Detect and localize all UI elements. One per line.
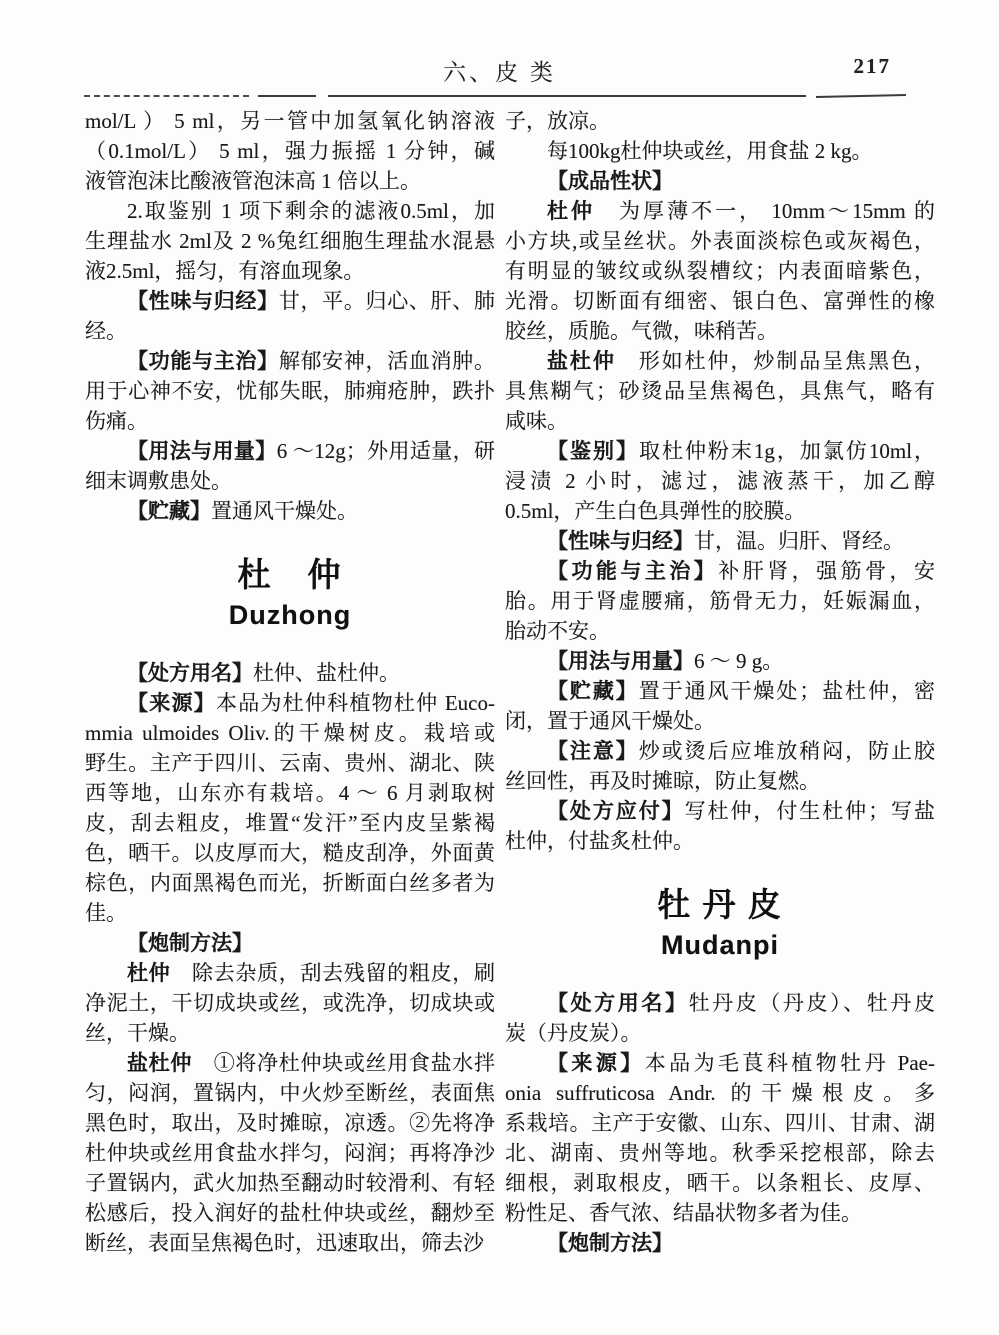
line-text: 炭（丹皮炭）。 — [505, 1021, 642, 1045]
paragraph: 【处方用名】杜仲、盐杜仲。 — [85, 658, 495, 688]
entry-name-pinyin: Duzhong — [85, 598, 495, 632]
line-text: 甘，温。归肝、肾经。 — [694, 529, 904, 553]
field-label: 盐杜仲 — [127, 1051, 192, 1075]
line-text: 子置锅内，武火加热至翻动时较滑利、有轻 — [85, 1171, 495, 1195]
paragraph: 【处方应付】写杜仲，付生杜仲；写盐杜仲，付盐炙杜仲。 — [505, 796, 935, 856]
field-label: 盐杜仲 — [547, 349, 616, 373]
text-line: mol/L ） 5 ml，另一管中加氢氧化钠溶液 — [85, 106, 495, 136]
line-text: 形如杜仲，炒制品呈焦黑色， — [616, 349, 935, 373]
text-line: 丝回性，再及时摊晾，防止复燃。 — [505, 766, 935, 796]
paragraph: 【用法与用量】6 ～12g；外用适量，研细末调敷患处。 — [85, 436, 495, 496]
paragraph: 【来源】本品为毛茛科植物牡丹 Pae-onia suffruticosa And… — [505, 1048, 935, 1228]
book-page: 六、皮 类 217 mol/L ） 5 ml，另一管中加氢氧化钠溶液（0.1mo… — [0, 0, 999, 1335]
text-line: 【处方应付】写杜仲，付生杜仲；写盐 — [505, 796, 935, 826]
rule-short-segment — [258, 95, 316, 97]
paragraph: 2.取鉴别 1 项下剩余的滤液0.5ml，加生理盐水 2ml及 2 %兔红细胞生… — [85, 196, 495, 286]
text-line: 【功能与主治】解郁安神，活血消肿。 — [85, 346, 495, 376]
line-text: 本品为毛茛科植物牡丹 Pae- — [645, 1051, 935, 1075]
line-text: 北、湖南、贵州等地。秋季采挖根部，除去 — [505, 1141, 935, 1165]
text-line: 杜仲 为厚薄不一， 10mm～15mm 的 — [505, 196, 935, 226]
text-line: 【成品性状】 — [505, 166, 935, 196]
line-text: 丝回性，再及时摊晾，防止复燃。 — [505, 769, 820, 793]
text-line: 【炮制方法】 — [505, 1228, 935, 1258]
text-line: 具焦糊气；砂烫品呈焦褐色，具焦气，略有 — [505, 376, 935, 406]
field-label: 【鉴别】 — [547, 439, 639, 463]
line-text: 咸味。 — [505, 409, 568, 433]
field-label: 【用法与用量】 — [547, 649, 694, 673]
text-line: 光滑。切断面有细密、银白色、富弹性的橡 — [505, 286, 935, 316]
text-line: 【注意】炒或烫后应堆放稍闷，防止胶 — [505, 736, 935, 766]
text-line: 细末调敷患处。 — [85, 466, 495, 496]
text-line: 【处方用名】牡丹皮（丹皮）、牡丹皮 — [505, 988, 935, 1018]
field-label: 【性味与归经】 — [547, 529, 694, 553]
column-right: 子，放凉。每100kg杜仲块或丝，用食盐 2 kg。【成品性状】杜仲 为厚薄不一… — [505, 106, 935, 1258]
text-columns: mol/L ） 5 ml，另一管中加氢氧化钠溶液（0.1mol/L） 5 ml，… — [85, 106, 935, 1258]
text-line: 胎。用于肾虚腰痛，筋骨无力，妊娠漏血， — [505, 586, 935, 616]
line-text: 色，晒干。以皮厚而大，糙皮刮净，外面黄 — [85, 841, 495, 865]
line-text: 有明显的皱纹或纵裂槽纹；内表面暗紫色， — [505, 259, 935, 283]
text-line: 浸渍 2 小时，滤过，滤液蒸干，加乙醇 — [505, 466, 935, 496]
text-line: 粉性足、香气浓、结晶状物多者为佳。 — [505, 1198, 935, 1228]
line-text: 6 ～12g；外用适量，研 — [277, 439, 495, 463]
line-text: 为厚薄不一， 10mm～15mm 的 — [595, 199, 935, 223]
line-text: 胶丝，质脆。气微，味稍苦。 — [505, 319, 778, 343]
line-text: 细根，剥取根皮，晒干。以条粗长、皮厚、 — [505, 1171, 935, 1195]
rule-dashed-segment — [84, 95, 249, 97]
paragraph: 【炮制方法】 — [505, 1228, 935, 1258]
paragraph: 盐杜仲 ①将净杜仲块或丝用食盐水拌匀，闷润，置锅内，中火炒至断丝，表面焦黑色时，… — [85, 1048, 495, 1258]
entry-heading: 牡 丹 皮Mudanpi — [505, 886, 935, 962]
line-text: 杜仲、盐杜仲。 — [253, 661, 400, 685]
line-text: 系栽培。主产于安徽、山东、四川、甘肃、湖 — [505, 1111, 935, 1135]
line-text: 2.取鉴别 1 项下剩余的滤液0.5ml，加 — [127, 199, 495, 223]
text-line: 胶丝，质脆。气微，味稍苦。 — [505, 316, 935, 346]
line-text: 用于心神不安，忧郁失眠，肺痈疮肿，跌扑 — [85, 379, 495, 403]
text-line: 【功能与主治】补肝肾，强筋骨，安 — [505, 556, 935, 586]
paragraph: 【用法与用量】6 ～ 9 g。 — [505, 646, 935, 676]
line-text: ①将净杜仲块或丝用食盐水拌 — [192, 1051, 495, 1075]
field-label: 【处方应付】 — [547, 799, 685, 823]
text-line: 断丝，表面呈焦褐色时，迅速取出，筛去沙 — [85, 1228, 495, 1258]
text-line: 【贮藏】置于通风干燥处；盐杜仲，密 — [505, 676, 935, 706]
field-label: 【炮制方法】 — [127, 931, 253, 955]
field-label: 杜仲 — [127, 961, 170, 985]
text-line: 【用法与用量】6 ～ 9 g。 — [505, 646, 935, 676]
paragraph: 【处方用名】牡丹皮（丹皮）、牡丹皮炭（丹皮炭）。 — [505, 988, 935, 1048]
text-line: 胎动不安。 — [505, 616, 935, 646]
field-label: 【来源】 — [547, 1051, 645, 1075]
field-label: 【功能与主治】 — [127, 349, 279, 373]
text-line: 丝，干燥。 — [85, 1018, 495, 1048]
text-line: 小方块,或呈丝状。外表面淡棕色或灰褐色， — [505, 226, 935, 256]
text-line: 净泥土，干切成块或丝，或洗净，切成块或 — [85, 988, 495, 1018]
field-label: 杜仲 — [547, 199, 595, 223]
paragraph: 盐杜仲 形如杜仲，炒制品呈焦黑色，具焦糊气；砂烫品呈焦褐色，具焦气，略有咸味。 — [505, 346, 935, 436]
line-text: 0.5ml，产生白色具弹性的胶膜。 — [505, 499, 805, 523]
text-line: 经。 — [85, 316, 495, 346]
text-line: 每100kg杜仲块或丝，用食盐 2 kg。 — [505, 136, 935, 166]
line-text: 置通风干燥处。 — [211, 499, 358, 523]
line-text: 炒或烫后应堆放稍闷，防止胶 — [639, 739, 935, 763]
text-line: 【来源】本品为杜仲科植物杜仲 Euco- — [85, 688, 495, 718]
text-line: 【用法与用量】6 ～12g；外用适量，研 — [85, 436, 495, 466]
line-text: 牡丹皮（丹皮）、牡丹皮 — [689, 991, 935, 1015]
paragraph: 每100kg杜仲块或丝，用食盐 2 kg。 — [505, 136, 935, 166]
line-text: 皮，刮去粗皮，堆置“发汗”至内皮呈紫褐 — [85, 811, 495, 835]
text-line: 杜仲，付盐炙杜仲。 — [505, 826, 935, 856]
field-label: 【来源】 — [127, 691, 216, 715]
line-text: 断丝，表面呈焦褐色时，迅速取出，筛去沙 — [85, 1231, 484, 1255]
text-line: 伤痛。 — [85, 406, 495, 436]
text-line: 系栽培。主产于安徽、山东、四川、甘肃、湖 — [505, 1108, 935, 1138]
paragraph: 杜仲 为厚薄不一， 10mm～15mm 的小方块,或呈丝状。外表面淡棕色或灰褐色… — [505, 196, 935, 346]
text-line: 杜仲块或丝用食盐水拌匀，闷润；再将净沙 — [85, 1138, 495, 1168]
text-line: 生理盐水 2ml及 2 %兔红细胞生理盐水混悬 — [85, 226, 495, 256]
text-line: onia suffruticosa Andr. 的干燥根皮。多 — [505, 1078, 935, 1108]
field-label: 【用法与用量】 — [127, 439, 277, 463]
paragraph: 【性味与归经】甘，温。归肝、肾经。 — [505, 526, 935, 556]
line-text: 光滑。切断面有细密、银白色、富弹性的橡 — [505, 289, 935, 313]
text-line: 【性味与归经】甘，平。归心、肝、肺 — [85, 286, 495, 316]
text-line: 松感后，投入润好的盐杜仲块或丝，翻炒至 — [85, 1198, 495, 1228]
line-text: 黑色时，取出，及时摊晾，凉透。②先将净 — [85, 1111, 495, 1135]
chapter-title: 六、皮 类 — [0, 54, 999, 87]
text-line: 【处方用名】杜仲、盐杜仲。 — [85, 658, 495, 688]
line-text: 匀，闷润，置锅内，中火炒至断丝，表面焦 — [85, 1081, 495, 1105]
paragraph: 【贮藏】置通风干燥处。 — [85, 496, 495, 526]
field-label: 【注意】 — [547, 739, 639, 763]
paragraph: mol/L ） 5 ml，另一管中加氢氧化钠溶液（0.1mol/L） 5 ml，… — [85, 106, 495, 196]
text-line: 棕色，内面黑褐色而光，折断面白丝多者为 — [85, 868, 495, 898]
line-text: （0.1mol/L） 5 ml，强力振摇 1 分钟，碱 — [85, 139, 495, 163]
rule-long-segment — [328, 95, 806, 97]
text-line: 子，放凉。 — [505, 106, 935, 136]
line-text: 丝，干燥。 — [85, 1021, 190, 1045]
text-line: 子置锅内，武火加热至翻动时较滑利、有轻 — [85, 1168, 495, 1198]
field-label: 【性味与归经】 — [127, 289, 279, 313]
line-text: 胎动不安。 — [505, 619, 610, 643]
line-text: 置于通风干燥处；盐杜仲，密 — [639, 679, 935, 703]
line-text: 野生。主产于四川、云南、贵州、湖北、陕 — [85, 751, 495, 775]
text-line: 盐杜仲 形如杜仲，炒制品呈焦黑色， — [505, 346, 935, 376]
line-text: 具焦糊气；砂烫品呈焦褐色，具焦气，略有 — [505, 379, 935, 403]
text-line: 盐杜仲 ①将净杜仲块或丝用食盐水拌 — [85, 1048, 495, 1078]
text-line: 咸味。 — [505, 406, 935, 436]
line-text: 除去杂质，刮去残留的粗皮，刷 — [170, 961, 495, 985]
line-text: 6 ～ 9 g。 — [694, 649, 783, 673]
paragraph: 【功能与主治】解郁安神，活血消肿。用于心神不安，忧郁失眠，肺痈疮肿，跌扑伤痛。 — [85, 346, 495, 436]
line-text: 补肝肾，强筋骨，安 — [718, 559, 935, 583]
text-line: 【贮藏】置通风干燥处。 — [85, 496, 495, 526]
line-text: onia suffruticosa Andr. 的干燥根皮。多 — [505, 1081, 935, 1105]
line-text: 细末调敷患处。 — [85, 469, 232, 493]
column-left: mol/L ） 5 ml，另一管中加氢氧化钠溶液（0.1mol/L） 5 ml，… — [85, 106, 495, 1258]
text-line: 杜仲 除去杂质，刮去残留的粗皮，刷 — [85, 958, 495, 988]
paragraph: 【贮藏】置于通风干燥处；盐杜仲，密闭，置于通风干燥处。 — [505, 676, 935, 736]
field-label: 【贮藏】 — [127, 499, 211, 523]
line-text: 松感后，投入润好的盐杜仲块或丝，翻炒至 — [85, 1201, 495, 1225]
entry-name-cn: 杜 仲 — [85, 556, 495, 596]
text-line: mmia ulmoides Oliv.的干燥树皮。栽培或 — [85, 718, 495, 748]
entry-heading: 杜 仲Duzhong — [85, 556, 495, 632]
entry-name-cn: 牡 丹 皮 — [505, 886, 935, 926]
field-label: 【贮藏】 — [547, 679, 639, 703]
text-line: 色，晒干。以皮厚而大，糙皮刮净，外面黄 — [85, 838, 495, 868]
text-line: 【鉴别】取杜仲粉末1g，加氯仿10ml， — [505, 436, 935, 466]
paragraph: 【功能与主治】补肝肾，强筋骨，安胎。用于肾虚腰痛，筋骨无力，妊娠漏血，胎动不安。 — [505, 556, 935, 646]
line-text: 西等地，山东亦有栽培。4 ～ 6 月剥取树 — [85, 781, 495, 805]
line-text: 经。 — [85, 319, 127, 343]
text-line: 【炮制方法】 — [85, 928, 495, 958]
text-line: 北、湖南、贵州等地。秋季采挖根部，除去 — [505, 1138, 935, 1168]
line-text: 子，放凉。 — [505, 109, 610, 133]
text-line: 【来源】本品为毛茛科植物牡丹 Pae- — [505, 1048, 935, 1078]
rule-tail-segment — [816, 94, 906, 98]
text-line: 皮，刮去粗皮，堆置“发汗”至内皮呈紫褐 — [85, 808, 495, 838]
text-line: 炭（丹皮炭）。 — [505, 1018, 935, 1048]
field-label: 【炮制方法】 — [547, 1231, 673, 1255]
paragraph: 【注意】炒或烫后应堆放稍闷，防止胶丝回性，再及时摊晾，防止复燃。 — [505, 736, 935, 796]
line-text: 解郁安神，活血消肿。 — [279, 349, 495, 373]
paragraph: 子，放凉。 — [505, 106, 935, 136]
line-text: 伤痛。 — [85, 409, 148, 433]
paragraph: 【鉴别】取杜仲粉末1g，加氯仿10ml，浸渍 2 小时，滤过，滤液蒸干，加乙醇0… — [505, 436, 935, 526]
line-text: 小方块,或呈丝状。外表面淡棕色或灰褐色， — [505, 229, 935, 253]
line-text: 本品为杜仲科植物杜仲 Euco- — [216, 691, 495, 715]
text-line: 野生。主产于四川、云南、贵州、湖北、陕 — [85, 748, 495, 778]
running-head: 六、皮 类 217 — [0, 54, 999, 84]
field-label: 【成品性状】 — [547, 169, 673, 193]
line-text: 浸渍 2 小时，滤过，滤液蒸干，加乙醇 — [505, 469, 935, 493]
text-line: 西等地，山东亦有栽培。4 ～ 6 月剥取树 — [85, 778, 495, 808]
text-line: 2.取鉴别 1 项下剩余的滤液0.5ml，加 — [85, 196, 495, 226]
text-line: （0.1mol/L） 5 ml，强力振摇 1 分钟，碱 — [85, 136, 495, 166]
text-line: 闭，置于通风干燥处。 — [505, 706, 935, 736]
text-line: 液2.5ml，摇匀，有溶血现象。 — [85, 256, 495, 286]
line-text: 液2.5ml，摇匀，有溶血现象。 — [85, 259, 364, 283]
line-text: mol/L ） 5 ml，另一管中加氢氧化钠溶液 — [85, 109, 495, 133]
line-text: 生理盐水 2ml及 2 %兔红细胞生理盐水混悬 — [85, 229, 495, 253]
line-text: 每100kg杜仲块或丝，用食盐 2 kg。 — [547, 139, 873, 163]
text-line: 佳。 — [85, 898, 495, 928]
line-text: 液管泡沫比酸液管泡沫高 1 倍以上。 — [85, 169, 421, 193]
text-line: 黑色时，取出，及时摊晾，凉透。②先将净 — [85, 1108, 495, 1138]
page-number: 217 — [854, 54, 892, 79]
paragraph: 杜仲 除去杂质，刮去残留的粗皮，刷净泥土，干切成块或丝，或洗净，切成块或丝，干燥… — [85, 958, 495, 1048]
line-text: 杜仲，付盐炙杜仲。 — [505, 829, 694, 853]
text-line: 液管泡沫比酸液管泡沫高 1 倍以上。 — [85, 166, 495, 196]
line-text: 取杜仲粉末1g，加氯仿10ml， — [639, 439, 935, 463]
line-text: 杜仲块或丝用食盐水拌匀，闷润；再将净沙 — [85, 1141, 495, 1165]
paragraph: 【来源】本品为杜仲科植物杜仲 Euco-mmia ulmoides Oliv.的… — [85, 688, 495, 928]
line-text: 净泥土，干切成块或丝，或洗净，切成块或 — [85, 991, 495, 1015]
paragraph: 【炮制方法】 — [85, 928, 495, 958]
field-label: 【处方用名】 — [127, 661, 253, 685]
text-line: 【性味与归经】甘，温。归肝、肾经。 — [505, 526, 935, 556]
line-text: 写杜仲，付生杜仲；写盐 — [685, 799, 935, 823]
text-line: 有明显的皱纹或纵裂槽纹；内表面暗紫色， — [505, 256, 935, 286]
line-text: 棕色，内面黑褐色而光，折断面白丝多者为 — [85, 871, 495, 895]
paragraph: 【性味与归经】甘，平。归心、肝、肺经。 — [85, 286, 495, 346]
entry-name-pinyin: Mudanpi — [505, 928, 935, 962]
line-text: 胎。用于肾虚腰痛，筋骨无力，妊娠漏血， — [505, 589, 935, 613]
text-line: 0.5ml，产生白色具弹性的胶膜。 — [505, 496, 935, 526]
line-text: 闭，置于通风干燥处。 — [505, 709, 715, 733]
text-line: 匀，闷润，置锅内，中火炒至断丝，表面焦 — [85, 1078, 495, 1108]
line-text: 甘，平。归心、肝、肺 — [279, 289, 495, 313]
field-label: 【处方用名】 — [547, 991, 689, 1015]
paragraph: 【成品性状】 — [505, 166, 935, 196]
text-line: 细根，剥取根皮，晒干。以条粗长、皮厚、 — [505, 1168, 935, 1198]
text-line: 用于心神不安，忧郁失眠，肺痈疮肿，跌扑 — [85, 376, 495, 406]
line-text: 佳。 — [85, 901, 127, 925]
field-label: 【功能与主治】 — [547, 559, 718, 583]
line-text: mmia ulmoides Oliv.的干燥树皮。栽培或 — [85, 721, 495, 745]
header-rule — [84, 95, 906, 97]
line-text: 粉性足、香气浓、结晶状物多者为佳。 — [505, 1201, 862, 1225]
